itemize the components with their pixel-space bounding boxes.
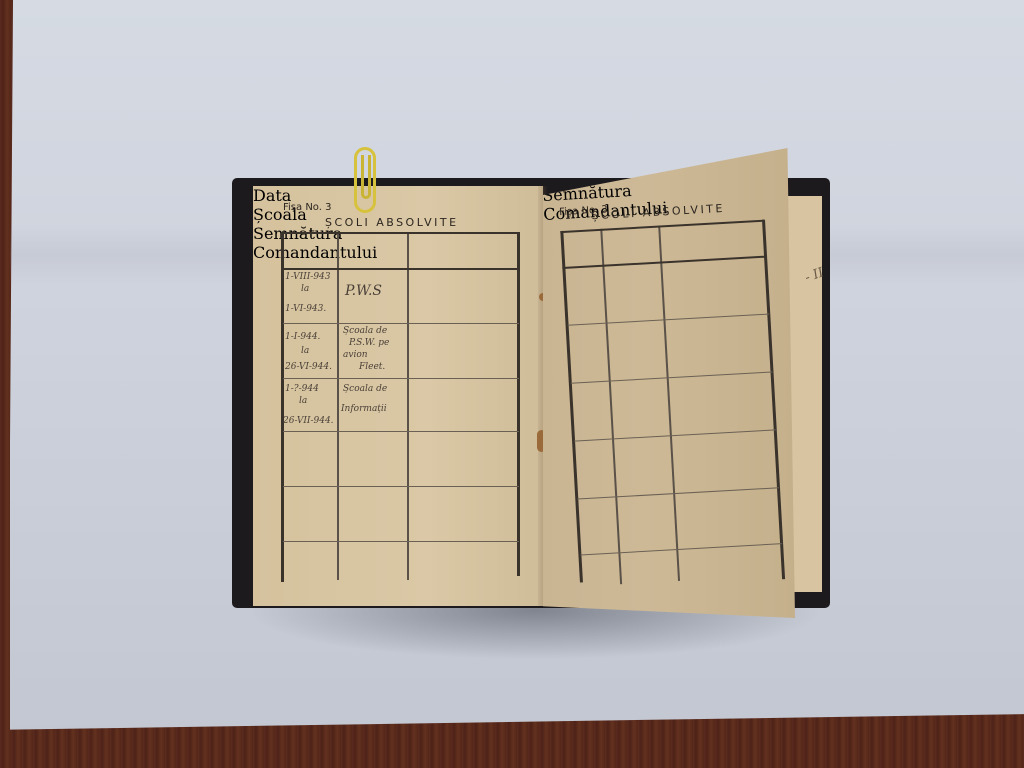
row-divider	[580, 543, 782, 555]
row-3-date-la: la	[299, 396, 307, 407]
row-1-date-end: 1-VI-943.	[285, 304, 326, 315]
row-divider	[577, 487, 779, 499]
row-3-school-line2: Informații	[341, 404, 387, 415]
form-label: Fișa No. 3	[283, 202, 331, 213]
row-divider	[574, 429, 776, 441]
row-2-date-la: la	[301, 346, 309, 357]
column-divider	[407, 232, 409, 580]
row-2-date-end: 26-VI-944.	[285, 362, 332, 373]
table-border-left	[560, 231, 583, 583]
table-border-top	[281, 232, 519, 234]
table-border-right	[517, 232, 520, 576]
header-divider	[562, 256, 766, 269]
row-divider	[283, 486, 519, 487]
row-divider	[283, 378, 519, 379]
column-header-semnatura-2: Comandantului	[253, 243, 361, 262]
table-border-left	[281, 232, 284, 582]
row-divider	[283, 541, 519, 542]
row-2-school-line4: Fleet.	[359, 362, 385, 373]
table-border-right	[762, 220, 785, 580]
left-page: Fișa No. 3 ȘCOLI ABSOLVITE Data Școala S…	[253, 186, 543, 606]
column-divider	[600, 229, 622, 585]
row-divider	[568, 314, 770, 326]
row-2-school-line1: Școala de	[343, 326, 387, 337]
row-divider	[283, 431, 519, 432]
row-3-school-line1: Școala de	[343, 384, 387, 395]
row-3-date-end: 26-VII-944.	[283, 416, 334, 427]
row-1-date-la: la	[301, 284, 309, 295]
page-title: ȘCOLI ABSOLVITE	[325, 216, 459, 229]
row-2-date-start: 1-I-944.	[285, 332, 320, 343]
row-divider	[571, 371, 773, 383]
header-divider	[281, 268, 519, 270]
paperclip-inner-loop	[361, 155, 371, 199]
row-divider	[283, 323, 519, 324]
row-1-date-start: 1-VIII-943	[285, 272, 331, 283]
row-2-school-line2: P.S.W. pe	[349, 338, 389, 349]
column-divider	[658, 225, 680, 581]
right-page: Fișa No. 3 ȘCOLI ABSOLVITE Data Școala S…	[543, 148, 795, 618]
row-1-school: P.W.S	[345, 286, 382, 297]
row-3-date-start: 1-?-944	[285, 384, 319, 395]
row-2-school-line3: avion	[343, 350, 368, 361]
column-divider	[337, 232, 339, 580]
